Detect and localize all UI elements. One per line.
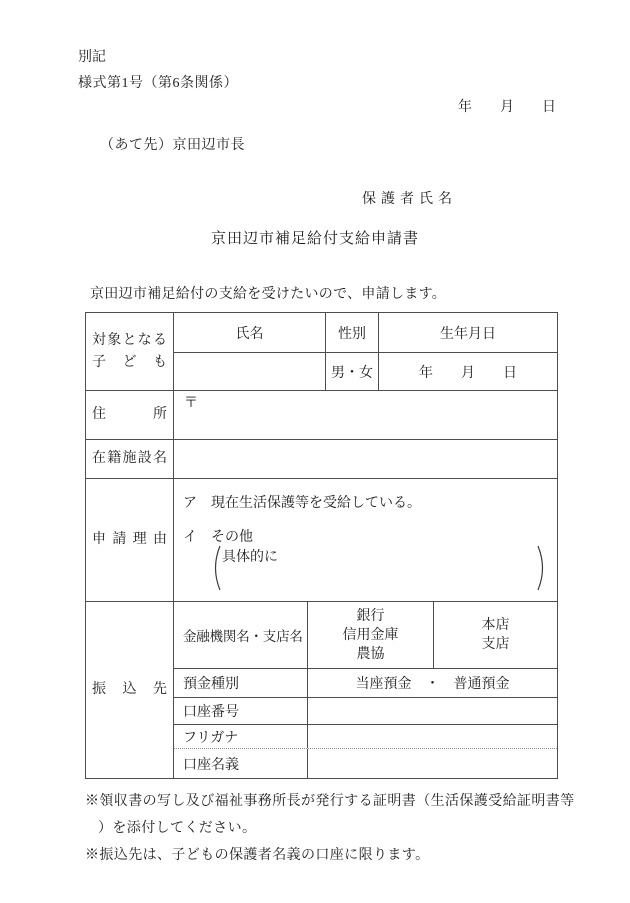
child-gender-options: 男・女: [326, 353, 379, 390]
guardian-name-label: 保護者氏名: [362, 193, 457, 207]
note-receipt-line2: ）を添付してください。: [98, 815, 575, 842]
bank-branch-label: 金融機関名・支店名: [174, 602, 308, 668]
reason-option-a: ア 現在生活保護等を受給している。: [183, 497, 421, 511]
furigana-label: フリガナ: [174, 725, 308, 748]
child-birth-header: 生年月日: [379, 313, 557, 352]
detail-bracket-right-icon: [537, 545, 548, 591]
branch-type-branch: 支店: [482, 635, 510, 654]
form-number: 様式第1号（第6条関係）: [78, 77, 238, 91]
postal-mark: 〒: [184, 397, 198, 411]
child-gender-header: 性別: [326, 313, 379, 352]
transfer-label: 振込先: [86, 602, 174, 778]
child-birth-field: 年 月 日: [379, 353, 557, 390]
facility-row: 在籍施設名: [86, 440, 557, 479]
branch-type-options: 本店 支店: [434, 602, 557, 668]
account-name-field: [308, 749, 557, 778]
account-number-field: [308, 698, 557, 724]
bank-type-nokyo: 農協: [357, 645, 385, 664]
application-table: 対象となる 子ども 氏名 性別 生年月日 男・女 年 月 日 住所: [85, 312, 558, 779]
account-type-label: 預金種別: [174, 669, 308, 697]
detail-bracket-left-icon: [210, 545, 221, 591]
facility-label: 在籍施設名: [86, 440, 174, 478]
account-number-label: 口座番号: [174, 698, 308, 724]
bank-type-shinkin: 信用金庫: [343, 626, 399, 645]
account-name-label: 口座名義: [174, 749, 308, 778]
address-field: 〒: [174, 391, 557, 439]
reason-detail-label: 具体的に: [222, 551, 278, 565]
date-line: 年 月 日: [458, 101, 556, 115]
branch-type-head: 本店: [482, 616, 510, 635]
child-section-label: 対象となる 子ども: [86, 313, 174, 390]
bank-type-options: 銀行 信用金庫 農協: [308, 602, 434, 668]
form-annex-label: 別記: [78, 51, 106, 65]
child-name-field: [174, 353, 326, 390]
application-form-page: 別記 様式第1号（第6条関係） 年 月 日 （あて先）京田辺市長 保護者氏名 京…: [0, 0, 630, 903]
transfer-row: 振込先 金融機関名・支店名 銀行 信用金庫 農協 本店 支店 預金種別: [86, 602, 557, 778]
bank-type-bank: 銀行: [357, 607, 385, 626]
note-receipt-line1: ※領収書の写し及び福祉事務所長が発行する証明書（生活保護受給証明書等: [85, 788, 575, 815]
form-title: 京田辺市補足給付支給申請書: [0, 232, 630, 247]
address-label: 住所: [86, 391, 174, 439]
reason-label: 申請理由: [86, 479, 174, 601]
address-row: 住所 〒: [86, 391, 557, 440]
child-label-line1: 対象となる: [92, 330, 167, 352]
child-section-row: 対象となる 子ども 氏名 性別 生年月日 男・女 年 月 日: [86, 313, 557, 391]
note-account-owner: ※振込先は、子どもの保護者名義の口座に限ります。: [85, 842, 575, 869]
account-type-options: 当座預金 ・ 普通預金: [308, 669, 557, 697]
reason-row: 申請理由 ア 現在生活保護等を受給している。 イ その他 具体的に: [86, 479, 557, 602]
facility-field: [174, 440, 557, 478]
child-label-line2: 子ども: [92, 352, 167, 374]
reason-option-b: イ その他: [183, 531, 253, 545]
intro-sentence: 京田辺市補足給付の支給を受けたいので、申請します。: [90, 288, 446, 302]
furigana-field: [308, 725, 557, 748]
footnotes: ※領収書の写し及び福祉事務所長が発行する証明書（生活保護受給証明書等 ）を添付し…: [85, 788, 575, 869]
addressee-line: （あて先）京田辺市長: [100, 139, 245, 153]
reason-field: ア 現在生活保護等を受給している。 イ その他 具体的に: [174, 479, 557, 601]
child-name-header: 氏名: [174, 313, 326, 352]
